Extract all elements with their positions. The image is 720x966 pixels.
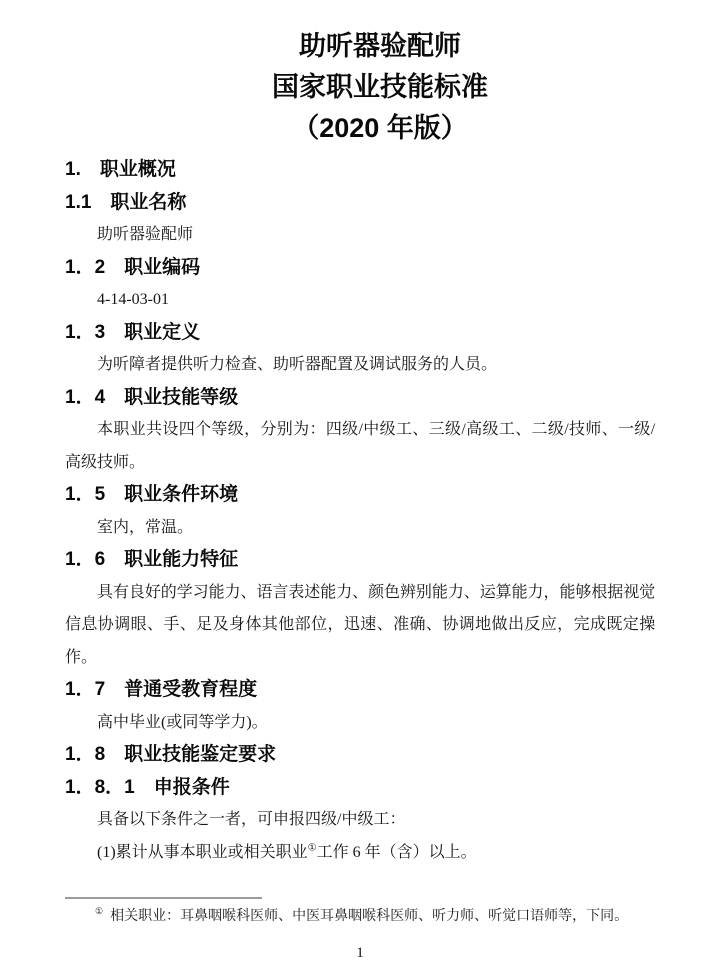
para-education-level: 高中毕业(或同等学力)。 bbox=[65, 707, 655, 740]
title-line-edition: （2020 年版） bbox=[20, 108, 720, 149]
title-line-standard: 国家职业技能标准 bbox=[20, 67, 720, 108]
document-page: 助听器验配师 国家职业技能标准 （2020 年版） 1. 职业概况 1.1 职业… bbox=[0, 0, 720, 966]
heading-1-7-education-level: 1．7 普通受教育程度 bbox=[65, 674, 655, 707]
footnote: ①相关职业：耳鼻咽喉科医师、中医耳鼻咽喉科医师、听力师、听觉口语师等，下同。 bbox=[65, 897, 655, 928]
para-work-environment: 室内，常温。 bbox=[65, 512, 655, 545]
page-number: 1 bbox=[65, 944, 655, 962]
title-line-occupation: 助听器验配师 bbox=[20, 26, 720, 67]
para-application-conditions-intro: 具备以下条件之一者，可申报四级/中级工： bbox=[65, 804, 655, 837]
para-ability-traits-line1: 具有良好的学习能力、语言表述能力、颜色辨别能力、运算能力，能够根据视觉 bbox=[65, 577, 655, 610]
para-ability-traits-line2: 信息协调眼、手、足及身体其他部位，迅速、准确、协调地做出反应，完成既定操 bbox=[65, 609, 655, 642]
heading-1-occupation-overview: 1. 职业概况 bbox=[65, 154, 655, 187]
heading-1-8-certification-requirements: 1．8 职业技能鉴定要求 bbox=[65, 739, 655, 772]
document-body: 1. 职业概况 1.1 职业名称 助听器验配师 1．2 职业编码 4-14-03… bbox=[0, 149, 720, 962]
footnote-text-line: ①相关职业：耳鼻咽喉科医师、中医耳鼻咽喉科医师、听力师、听觉口语师等，下同。 bbox=[65, 906, 655, 928]
heading-1-4-skill-levels: 1．4 职业技能等级 bbox=[65, 382, 655, 415]
heading-1-3-occupation-definition: 1．3 职业定义 bbox=[65, 317, 655, 350]
para-occupation-code: 4-14-03-01 bbox=[65, 284, 655, 317]
footnote-reference-marker: ① bbox=[308, 842, 317, 853]
para-ability-traits-line3: 作。 bbox=[65, 642, 655, 675]
heading-1-6-ability-traits: 1．6 职业能力特征 bbox=[65, 544, 655, 577]
heading-1-2-occupation-code: 1．2 职业编码 bbox=[65, 252, 655, 285]
heading-1-1-occupation-name: 1.1 职业名称 bbox=[65, 187, 655, 220]
para-application-condition-1: (1)累计从事本职业或相关职业①工作 6 年（含）以上。 bbox=[65, 837, 655, 870]
footnote-text: 相关职业：耳鼻咽喉科医师、中医耳鼻咽喉科医师、听力师、听觉口语师等，下同。 bbox=[110, 909, 628, 924]
heading-1-8-1-application-conditions: 1．8．1 申报条件 bbox=[65, 772, 655, 805]
document-title-block: 助听器验配师 国家职业技能标准 （2020 年版） bbox=[20, 0, 720, 149]
para-occupation-name: 助听器验配师 bbox=[65, 219, 655, 252]
para-skill-levels-line2: 高级技师。 bbox=[65, 447, 655, 480]
para-occupation-definition: 为听障者提供听力检查、助听器配置及调试服务的人员。 bbox=[65, 349, 655, 382]
footnote-marker: ① bbox=[95, 906, 103, 916]
footnote-separator bbox=[65, 897, 262, 899]
condition-1-text-after: 工作 6 年（含）以上。 bbox=[317, 844, 477, 861]
heading-1-5-work-environment: 1．5 职业条件环境 bbox=[65, 479, 655, 512]
condition-1-text: (1)累计从事本职业或相关职业 bbox=[97, 844, 308, 861]
para-skill-levels-line1: 本职业共设四个等级，分别为：四级/中级工、三级/高级工、二级/技师、一级/ bbox=[65, 414, 655, 447]
